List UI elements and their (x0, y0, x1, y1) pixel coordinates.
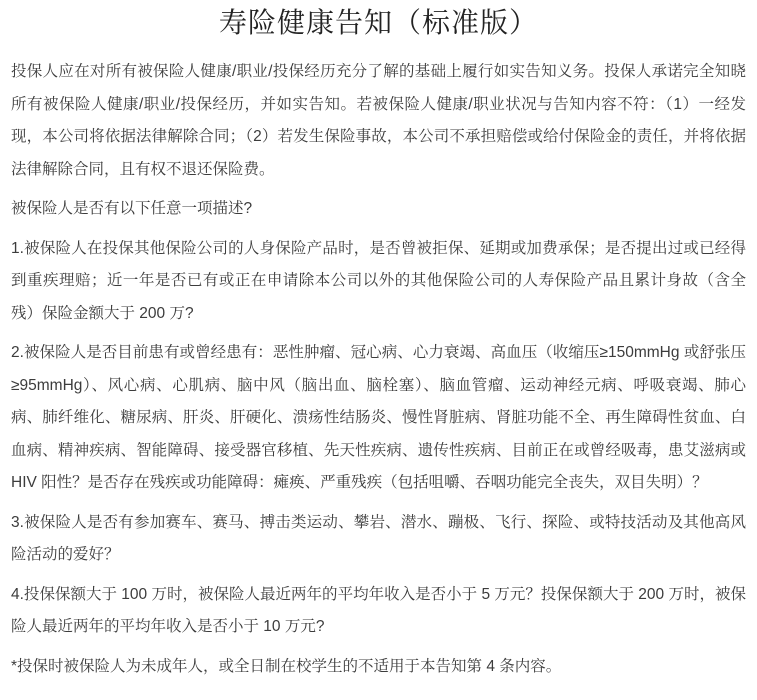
question-item-1: 1.被保险人在投保其他保险公司的人身保险产品时，是否曾被拒保、延期或加费承保；是… (11, 233, 746, 331)
intro-paragraph: 投保人应在对所有被保险人健康/职业/投保经历充分了解的基础上履行如实告知义务。投… (11, 56, 746, 186)
question-item-3: 3.被保险人是否有参加赛车、赛马、搏击类运动、攀岩、潜水、蹦极、飞行、探险、或特… (11, 507, 746, 572)
footnote: *投保时被保险人为未成年人，或全日制在校学生的不适用于本告知第 4 条内容。 (11, 651, 746, 684)
health-notice-document: 寿险健康告知（标准版） 投保人应在对所有被保险人健康/职业/投保经历充分了解的基… (0, 0, 757, 683)
question-prompt: 被保险人是否有以下任意一项描述? (11, 193, 746, 226)
page-title: 寿险健康告知（标准版） (11, 6, 746, 42)
question-item-4: 4.投保保额大于 100 万时，被保险人最近两年的平均年收入是否小于 5 万元？… (11, 579, 746, 644)
question-item-2: 2.被保险人是否目前患有或曾经患有：恶性肿瘤、冠心病、心力衰竭、高血压（收缩压≥… (11, 337, 746, 500)
